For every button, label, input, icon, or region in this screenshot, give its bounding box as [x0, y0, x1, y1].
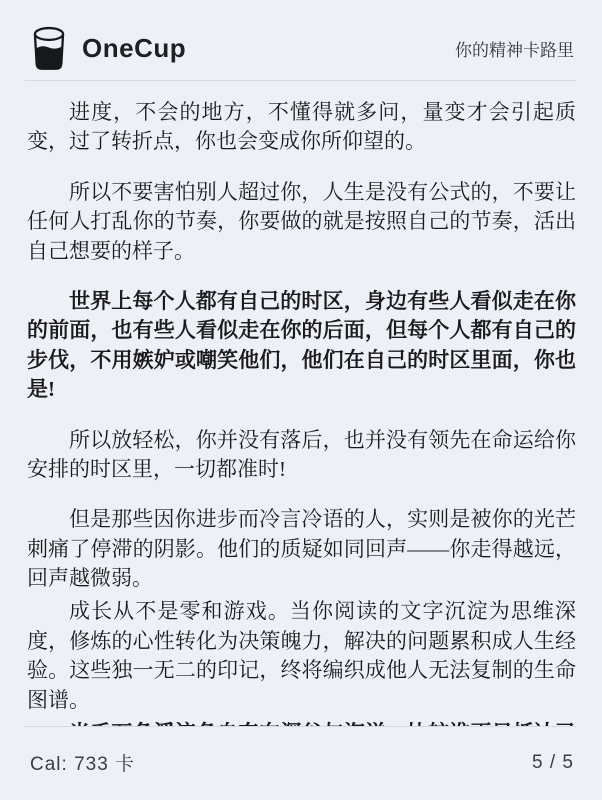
status-bar: Cal: 733 卡 5 / 5 [0, 727, 602, 800]
brand: OneCup [30, 25, 186, 72]
paragraph-3: 世界上每个人都有自己的时区，身边有些人看似走在你的前面，也有些人看似走在你的后面… [27, 287, 576, 405]
paragraph-5: 但是那些因你进步而冷言冷语的人，实则是被你的光芒刺痛了停滞的阴影。他们的质疑如同… [27, 505, 576, 593]
paragraph-2: 所以不要害怕别人超过你，人生是没有公式的，不要让任何人打乱你的节奏，你要做的就是… [27, 178, 576, 266]
paragraph-7: 当千万条溪流各自奔向深谷与海洋，比较谁更早抵达已毫无意义——因为大海终将拥抱所有… [27, 719, 576, 726]
calories-counter: Cal: 733 卡 [30, 749, 135, 776]
paragraph-6: 成长从不是零和游戏。当你阅读的文字沉淀为思维深度，修炼的心性转化为决策魄力，解决… [27, 597, 576, 715]
half-filled-cup-icon [30, 25, 68, 72]
app-header: OneCup 你的精神卡路里 [0, 0, 602, 80]
app-tagline: 你的精神卡路里 [455, 36, 574, 61]
page-indicator: 5 / 5 [532, 752, 574, 774]
paragraph-1: 进度，不会的地方，不懂得就多问，量变才会引起质变，过了转折点，你也会变成你所仰望… [27, 98, 576, 157]
article-content: 进度，不会的地方，不懂得就多问，量变才会引起质变，过了转折点，你也会变成你所仰望… [0, 81, 602, 726]
onecup-page: OneCup 你的精神卡路里 进度，不会的地方，不懂得就多问，量变才会引起质变，… [0, 0, 602, 800]
paragraph-4: 所以放轻松，你并没有落后，也并没有领先在命运给你安排的时区里，一切都准时! [27, 426, 576, 485]
app-name: OneCup [82, 33, 186, 64]
